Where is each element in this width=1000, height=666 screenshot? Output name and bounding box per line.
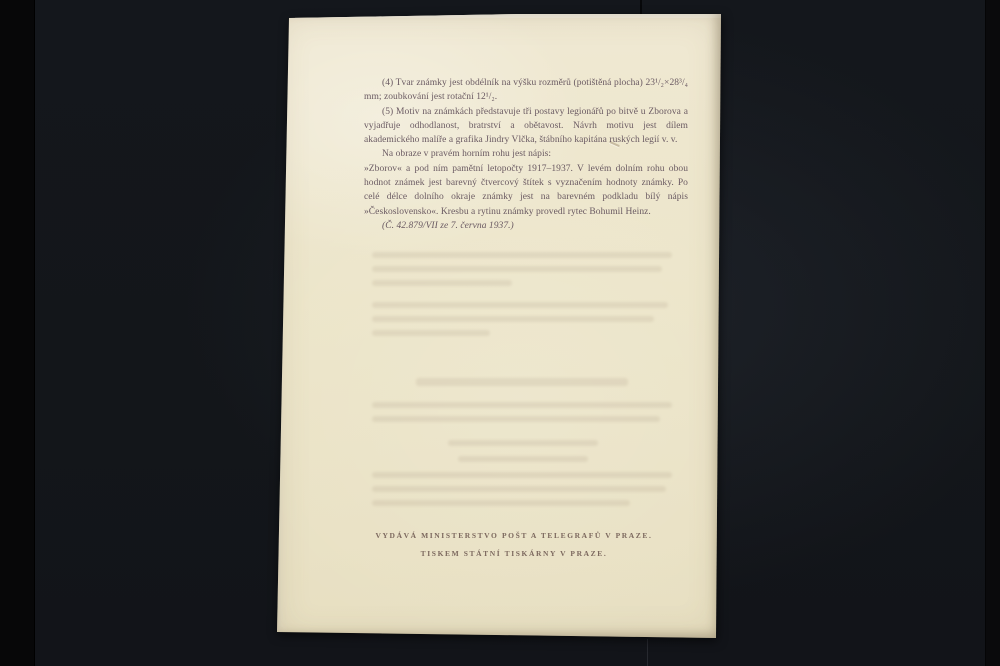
document-page: (4) Tvar známky jest obdélník na výšku r… xyxy=(0,0,1000,666)
body-text: (4) Tvar známky jest obdélník na výšku r… xyxy=(364,76,688,233)
publisher-imprint: VYDÁVÁ MINISTERSTVO POŠT A TELEGRAFŮ V P… xyxy=(352,532,676,558)
document-page-wrap: (4) Tvar známky jest obdélník na výšku r… xyxy=(0,0,1000,666)
imprint-line-printer: TISKEM STÁTNÍ TISKÁRNY V PRAZE. xyxy=(352,550,676,558)
photo-backdrop: (4) Tvar známky jest obdélník na výšku r… xyxy=(0,0,1000,666)
paragraph-decree-reference: (Č. 42.879/VII ze 7. června 1937.) xyxy=(364,219,688,233)
paragraph-stamp-motif: (5) Motiv na známkách představuje tři po… xyxy=(364,105,688,148)
paragraph-inscription-intro: Na obraze v pravém horním rohu jest nápi… xyxy=(364,147,688,161)
paragraph-stamp-shape: (4) Tvar známky jest obdélník na výšku r… xyxy=(364,76,688,105)
imprint-line-publisher: VYDÁVÁ MINISTERSTVO POŠT A TELEGRAFŮ V P… xyxy=(352,532,676,540)
paragraph-inscription-detail: »Zborov« a pod ním pamětní letopočty 191… xyxy=(364,162,688,219)
